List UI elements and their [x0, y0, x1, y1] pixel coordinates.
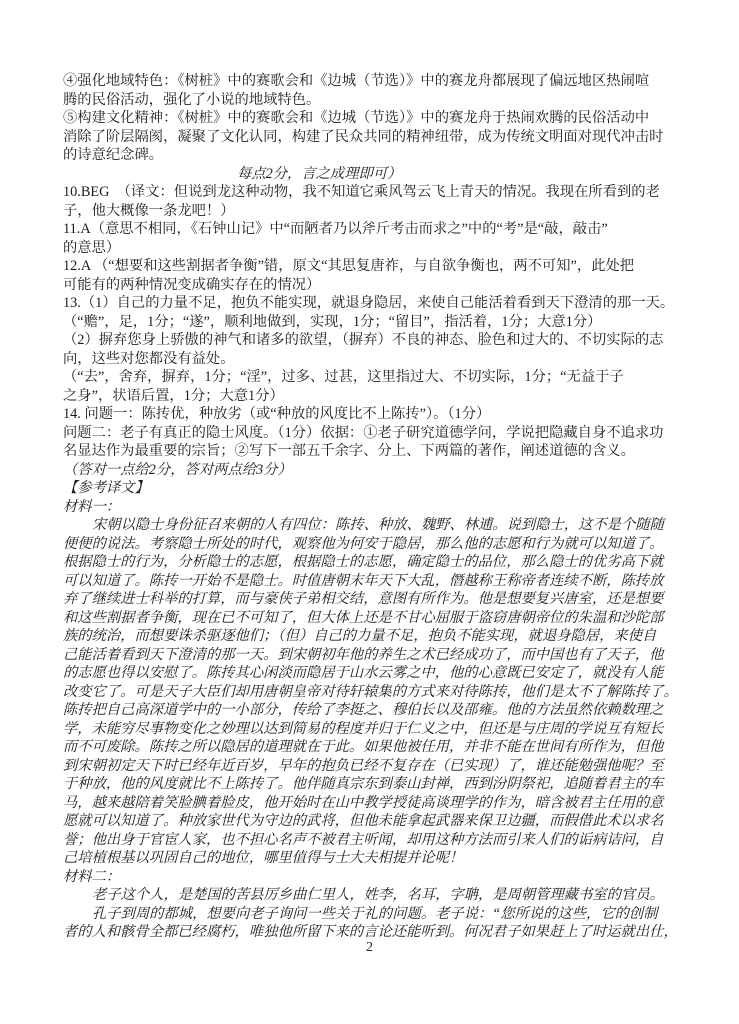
page-number: 2: [0, 940, 739, 956]
text-line: 问题二：老子有真正的隐士风度。（1分）依据：①老子研究道德学问，学说把隐藏自身不…: [63, 424, 681, 443]
text-line: 誉；他出身于官宦人家，也不担心名声不被君主听闻，却用这种方法而引来人们的诟病诘问…: [63, 831, 681, 850]
text-line: 的志愿也得以安慰了。陈抟其心闲淡而隐居于山水云雾之中，他的心意既已安定了，就没有…: [63, 664, 681, 683]
text-line: 孔子到周的都城，想要向老子询问一些关于礼的问题。老子说：“您所说的这些，它的创制: [63, 905, 681, 924]
text-line: 者的人和骸骨全都已经腐朽，唯独他所留下来的言论还能听到。何况君子如果赶上了时运就…: [63, 923, 681, 942]
text-line: 老子这个人，是楚国的苦县厉乡曲仁里人，姓李，名耳，字聃，是周朝管理藏书室的官员。: [63, 886, 681, 905]
text-line: 11.A（意思不相同，《石钟山记》中“而陋者乃以斧斤考击而求之”中的“考”是“敲…: [63, 220, 681, 239]
text-line: 和这些割据者争衡，现在已不可知了，但大体上还是不甘心屈服于盗窃唐朝帝位的朱温和沙…: [63, 609, 681, 628]
text-line: 族的统治，而想要诛杀驱逐他们；（但）自己的力量不足，抱负不能实现，就退身隐居，来…: [63, 627, 681, 646]
text-line: 于种放，他的风度就比不上陈抟了。他伴随真宗东到泰山封禅，西到汾阴祭祀，追随着君主…: [63, 775, 681, 794]
document-page: ④强化地域特色：《树桩》中的赛歌会和《边城（节选）》中的赛龙舟都展现了偏远地区热…: [0, 0, 739, 1024]
text-line: 12.A （“想要和这些割据者争衡”错，原文“其思复唐祚，与自欲争衡也，两不可知…: [63, 257, 681, 276]
text-line: 根据隐士的行为，分析隐士的志愿，根据隐士的志愿，确定隐士的品位，那么隐士的优劣高…: [63, 553, 681, 572]
text-line: 消除了阶层隔阂，凝聚了文化认同，构建了民众共同的精神纽带，成为传统文明面对现代冲…: [63, 128, 681, 147]
text-line: 材料一：: [63, 498, 681, 517]
text-line: 马，越来越陪着笑脸腆着脸皮，他开始时在山中教学授徒高谈理学的作为，暗含被君主任用…: [63, 794, 681, 813]
text-line: 向，这些对您都没有益处。: [63, 350, 681, 369]
text-line: 【参考译文】: [63, 479, 681, 498]
text-line: 弃了继续进士科举的打算，而与豪侠子弟相交结，意图有所作为。他是想要复兴唐室，还是…: [63, 590, 681, 609]
text-line: 腾的民俗活动，强化了小说的地域特色。: [63, 91, 681, 110]
text-line: 己能活着看到天下澄清的那一天。到宋朝初年他的养生之术已经成功了，而中国也有了天子…: [63, 646, 681, 665]
text-line: 愿就可以知道了。种放家世代为守边的武将，但他未能拿起武器来保卫边疆，而假借此术以…: [63, 812, 681, 831]
text-line: 的诗意纪念碑。: [63, 146, 681, 165]
text-line: 而不可废除。陈抟之所以隐居的道理就在于此。如果他被任用，并非不能在世间有所作为，…: [63, 738, 681, 757]
text-line: 学，未能穷尽事物变化之妙理以达到简易的程度并归于仁义之中，但还是与庄周的学说互有…: [63, 720, 681, 739]
text-line: （答对一点给2分，答对两点给3分）: [63, 461, 681, 480]
text-line: 10.BEG （译文：但说到龙这种动物，我不知道它乘风驾云飞上青天的情况。我现在…: [63, 183, 681, 202]
text-line: （2）摒弃您身上骄傲的神气和诸多的欲望，（摒弃）不良的神态、脸色和过大的、不切实…: [63, 331, 681, 350]
text-line: 材料二：: [63, 868, 681, 887]
text-line: 宋朝以隐士身份征召来朝的人有四位：陈抟、种放、魏野、林逋。说到隐士，这不是个随随: [63, 516, 681, 535]
text-line: 可以知道了。陈抟一开始不是隐士。时值唐朝末年天下大乱，僭越称王称帝者连续不断，陈…: [63, 572, 681, 591]
text-line: 可能有的两种情况变成确实存在的情况）: [63, 276, 681, 295]
text-line: 每点2分，言之成理即可）: [63, 165, 681, 184]
text-line: 便便的说法。考察隐士所处的时代，观察他为何安于隐居，那么他的志愿和行为就可以知道…: [63, 535, 681, 554]
text-line: 陈抟把自己高深道学中的一小部分，传给了李挺之、穆伯长以及邵雍。他的方法虽然依赖数…: [63, 701, 681, 720]
text-line: 13.（1）自己的力量不足，抱负不能实现，就退身隐居，来使自己能活着看到天下澄清…: [63, 294, 681, 313]
text-line: 己培植根基以巩固自己的地位，哪里值得与士大夫相提并论呢！: [63, 849, 681, 868]
text-line: 到宋朝初定天下时已经年近百岁，早年的抱负已经不复存在（已实现）了，谁还能勉强他呢…: [63, 757, 681, 776]
text-line: 名显达作为最重要的宗旨；②写下一部五千余字、分上、下两篇的著作，阐述道德的含义。: [63, 442, 681, 461]
text-line: （“去”，舍弃，摒弃，1分；“淫”，过多、过甚，这里指过大、不切实际，1分；“无…: [63, 368, 681, 387]
text-line: 之身”，状语后置，1分；大意1分）: [63, 387, 681, 406]
text-line: ④强化地域特色：《树桩》中的赛歌会和《边城（节选）》中的赛龙舟都展现了偏远地区热…: [63, 72, 681, 91]
text-line: （“赡”，足，1分；“遂”，顺利地做到，实现，1分；“留目”，指活着，1分；大意…: [63, 313, 681, 332]
text-line: 14. 问题一：陈抟优，种放劣（或“种放的风度比不上陈抟”）。（1分）: [63, 405, 681, 424]
text-block: ④强化地域特色：《树桩》中的赛歌会和《边城（节选）》中的赛龙舟都展现了偏远地区热…: [63, 72, 681, 942]
text-line: 改变它了。可是天子大臣们却用唐朝皇帝对待轩辕集的方式来对待陈抟，他们是太不了解陈…: [63, 683, 681, 702]
text-line: ⑤构建文化精神：《树桩》中的赛歌会和《边城（节选）》中的赛龙舟于热闹欢腾的民俗活…: [63, 109, 681, 128]
text-line: 的意思）: [63, 239, 681, 258]
text-line: 子，他大概像一条龙吧！）: [63, 202, 681, 221]
